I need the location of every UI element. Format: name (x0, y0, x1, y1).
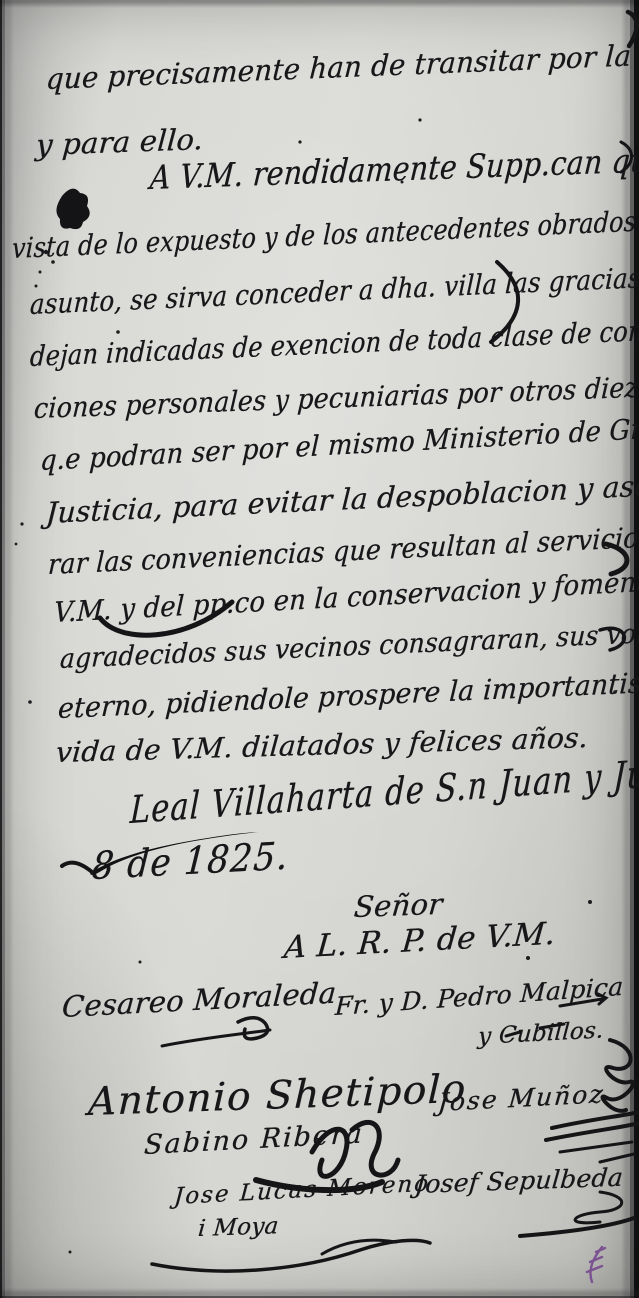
manuscript-line: dejan indicadas de exencion de toda clas… (29, 311, 639, 373)
scan-edge-top (0, 0, 639, 8)
scan-edge-bottom (0, 1288, 639, 1298)
malpica-rubric (603, 1040, 634, 1111)
signature-cesareo-moraleda: Cesareo Moraleda (61, 976, 338, 1025)
signature-josef-sepulbeda: Josef Sepulbeda (414, 1163, 625, 1199)
munoz-underline (552, 1112, 639, 1128)
bottom-swash (322, 1240, 396, 1254)
signature-sabino-ribera: Sabino Ribera (143, 1118, 364, 1161)
moraleda-rubric (238, 1018, 268, 1039)
manuscript-line: vista de lo expuesto y de los antecedent… (11, 202, 639, 265)
manuscript-line: que precisamente han de transitar por la… (45, 34, 639, 96)
dateline-date: 8 de 1825. (90, 834, 290, 889)
signature-i-moya: i Moya (197, 1213, 280, 1242)
signature-antonio-shetipolo: Antonio Shetipolo (87, 1067, 467, 1125)
manuscript-line: Justicia, para evitar la despoblacion y … (45, 466, 639, 530)
moraleda-dash (162, 1030, 270, 1046)
munoz-underline (560, 1142, 632, 1152)
manuscript-line: agradecidos sus vecinos consagraran, sus… (59, 616, 639, 675)
ink-blot (56, 189, 89, 229)
ink-speck (39, 271, 42, 274)
closing-formula: A L. R. P. de V.M. (282, 916, 557, 966)
purple-ink-mark (587, 1247, 605, 1282)
salutation: Señor (353, 887, 444, 924)
signature-pedro-malpica: Fr. y D. Pedro Malpica (334, 972, 624, 1021)
bottom-swash (152, 1240, 430, 1271)
scan-edge-left (0, 0, 14, 1298)
bottom-swash-cross (600, 1154, 634, 1162)
signature-jose-lucas-moreno: Jose Lucas Moreno (173, 1171, 431, 1211)
munoz-underline (546, 1123, 639, 1140)
manuscript-line: eterno, pidiendole prospere la important… (57, 664, 639, 725)
sepulbeda-underline (520, 1218, 634, 1236)
manuscript-page: que precisamente han de transitar por la… (0, 0, 639, 1298)
signature-y-cubillos: y Cubillos. (477, 1017, 604, 1050)
manuscript-line: asunto, se sirva conceder a dha. villa l… (29, 259, 639, 321)
sepulbeda-rubric (575, 1192, 622, 1223)
manuscript-line: A V.M. rendidamente Supp.can que en (149, 138, 639, 197)
date-swash-tail (62, 863, 92, 872)
